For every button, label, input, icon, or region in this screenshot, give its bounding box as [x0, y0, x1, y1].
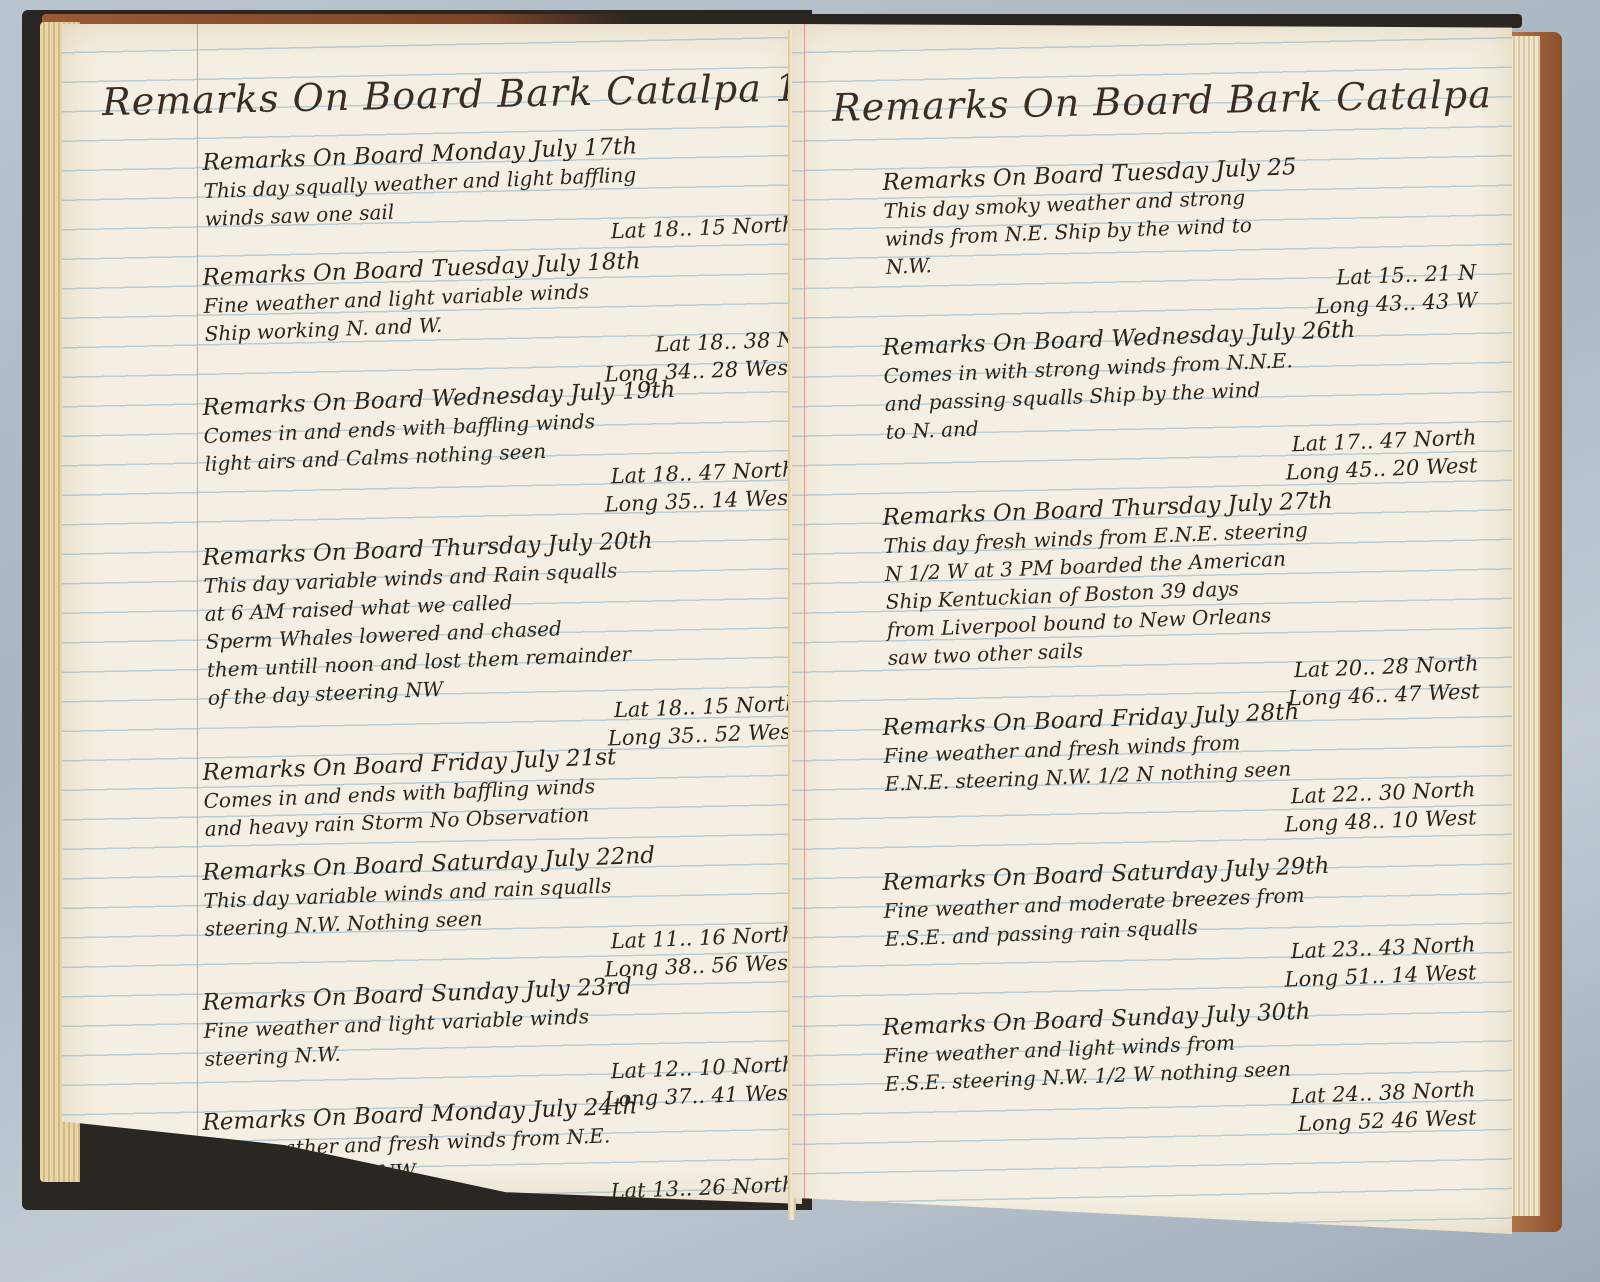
page-heading: Remarks On Board Bark Catalpa 1876 [102, 64, 876, 124]
left-page: Remarks On Board Bark Catalpa 1876 Remar… [62, 24, 802, 1204]
log-entry: Remarks On Board Saturday July 29th Fine… [882, 846, 1487, 1009]
log-entry: Remarks On Board Wednesday July 26th Com… [882, 311, 1488, 502]
right-page: Remarks On Board Bark Catalpa Remarks On… [792, 24, 1512, 1234]
margin-line [804, 24, 805, 1234]
page-edges-right [1510, 36, 1540, 1216]
log-entry: Remarks On Board Sunday July 30th Fine w… [882, 991, 1487, 1154]
log-entry: Remarks On Board Monday July 17th This d… [202, 126, 806, 261]
log-book: Remarks On Board Bark Catalpa 1876 Remar… [22, 10, 1562, 1272]
log-entry: Remarks On Board Thursday July 20th This… [202, 521, 810, 768]
margin-line [197, 24, 198, 1204]
page-heading: Remarks On Board Bark Catalpa [832, 72, 1493, 130]
log-entry: Remarks On Board Friday July 28th Fine w… [882, 691, 1487, 854]
log-entry: Remarks On Board Tuesday July 25 This da… [882, 146, 1488, 337]
log-entry: Remarks On Board Thursday July 27th This… [882, 481, 1490, 728]
log-entry: Remarks On Board Wednesday July 19th Com… [202, 371, 807, 534]
